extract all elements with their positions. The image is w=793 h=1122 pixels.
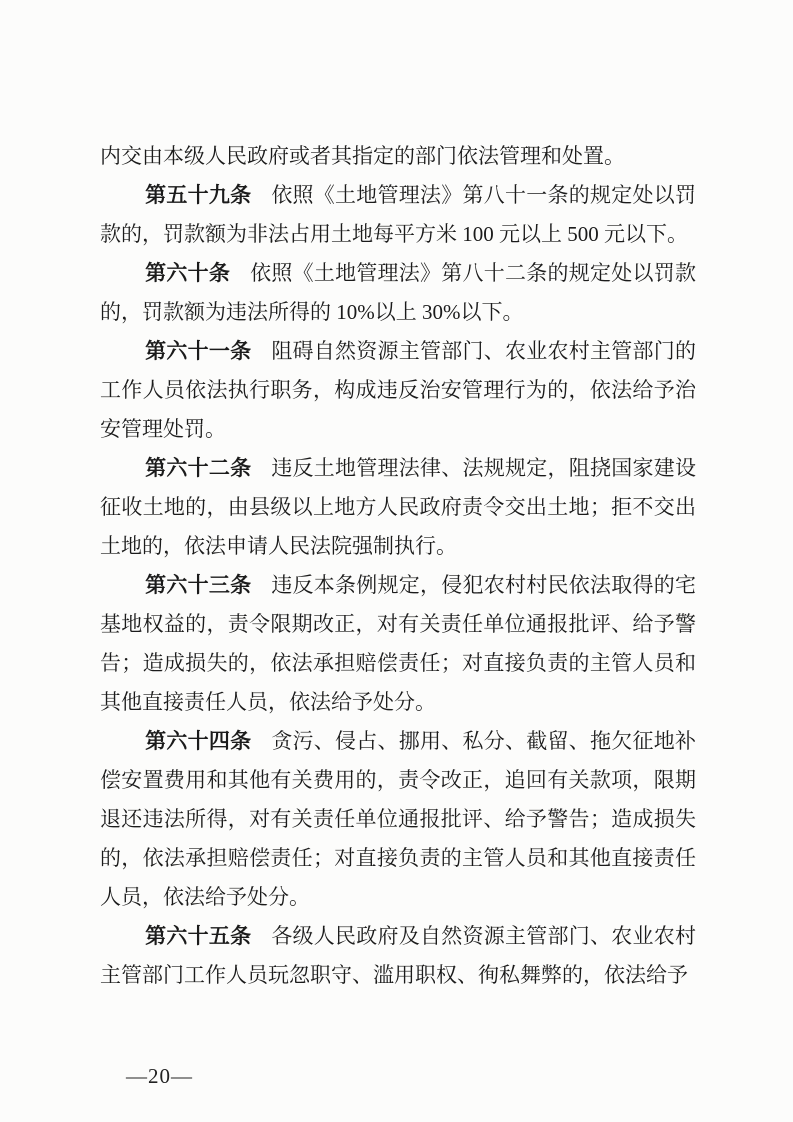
paragraph-article-59: 第五十九条依照《土地管理法》第八十一条的规定处以罚款的，罚款额为非法占用土地每平… (100, 176, 696, 254)
paragraph-continuation: 内交由本级人民政府或者其指定的部门依法管理和处置。 (100, 137, 696, 176)
paragraph-article-63: 第六十三条违反本条例规定，侵犯农村村民依法取得的宅基地权益的，责令限期改正，对有… (100, 566, 696, 722)
paragraph-article-64: 第六十四条贪污、侵占、挪用、私分、截留、拖欠征地补偿安置费用和其他有关费用的，责… (100, 722, 696, 917)
paragraph-article-60: 第六十条依照《土地管理法》第八十二条的规定处以罚款的，罚款额为违法所得的 10%… (100, 254, 696, 332)
article-number: 第六十四条 (145, 730, 251, 753)
document-page: 内交由本级人民政府或者其指定的部门依法管理和处置。 第五十九条依照《土地管理法》… (0, 0, 793, 1122)
article-number: 第六十条 (145, 262, 230, 285)
article-number: 第六十二条 (145, 457, 251, 480)
paragraph-text: 贪污、侵占、挪用、私分、截留、拖欠征地补偿安置费用和其他有关费用的，责令改正，追… (100, 729, 696, 909)
article-number: 第六十三条 (145, 574, 251, 597)
document-body: 内交由本级人民政府或者其指定的部门依法管理和处置。 第五十九条依照《土地管理法》… (100, 137, 696, 995)
article-number: 第六十五条 (145, 925, 251, 948)
page-number: —20— (126, 1061, 193, 1091)
article-number: 第五十九条 (145, 184, 251, 207)
paragraph-article-62: 第六十二条违反土地管理法律、法规规定，阻挠国家建设征收土地的，由县级以上地方人民… (100, 449, 696, 566)
paragraph-article-65: 第六十五条各级人民政府及自然资源主管部门、农业农村主管部门工作人员玩忽职守、滥用… (100, 917, 696, 995)
article-number: 第六十一条 (145, 340, 251, 363)
paragraph-text: 内交由本级人民政府或者其指定的部门依法管理和处置。 (100, 144, 625, 168)
paragraph-article-61: 第六十一条阻碍自然资源主管部门、农业农村主管部门的工作人员依法执行职务，构成违反… (100, 332, 696, 449)
